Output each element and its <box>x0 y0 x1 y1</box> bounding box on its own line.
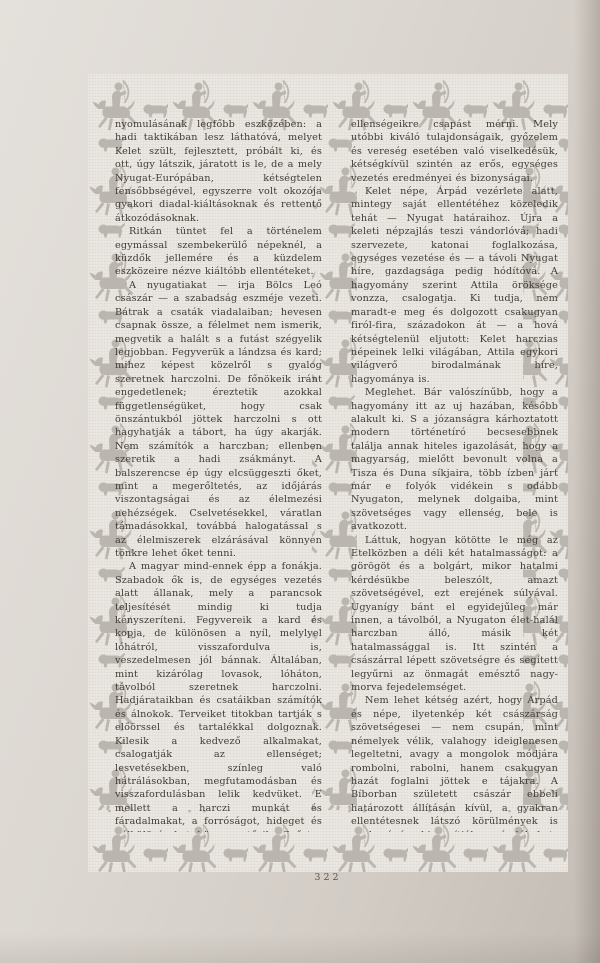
book-page-photo: { "page": { "number": "322", "language":… <box>0 0 600 963</box>
paragraph: Ritkán tüntet fel a történelem egymással… <box>115 225 322 279</box>
paragraph: Nem lehet kétség azért, hogy Árpád és né… <box>351 694 558 832</box>
paragraph: A nyugatiakat — irja Bölcs Leó császár —… <box>115 279 322 561</box>
paragraph: Kelet népe, Árpád vezérlete alatt, minte… <box>351 185 558 386</box>
page-edge-shadow-bottom <box>0 933 600 963</box>
paragraph: Meglehet. Bár valószínűbb, hogy a hagyom… <box>351 386 558 533</box>
text-column-left: nyomulásának legfőbb eszközében: a hadi … <box>115 118 322 832</box>
page-number: 322 <box>88 872 568 883</box>
text-column-right: ellenségeikre csapást mérni. Mely utóbbi… <box>351 118 558 832</box>
paragraph: A magyar mind-ennek épp a fonákja. Szaba… <box>115 560 322 832</box>
paragraph: Láttuk, hogyan kötötte le még az Etelköz… <box>351 534 558 695</box>
printed-page: nyomulásának legfőbb eszközében: a hadi … <box>88 74 568 872</box>
paragraph: nyomulásának legfőbb eszközében: a hadi … <box>115 118 322 225</box>
page-edge-shadow-right <box>574 0 600 963</box>
paragraph: ellenségeikre csapást mérni. Mely utóbbi… <box>351 118 558 185</box>
